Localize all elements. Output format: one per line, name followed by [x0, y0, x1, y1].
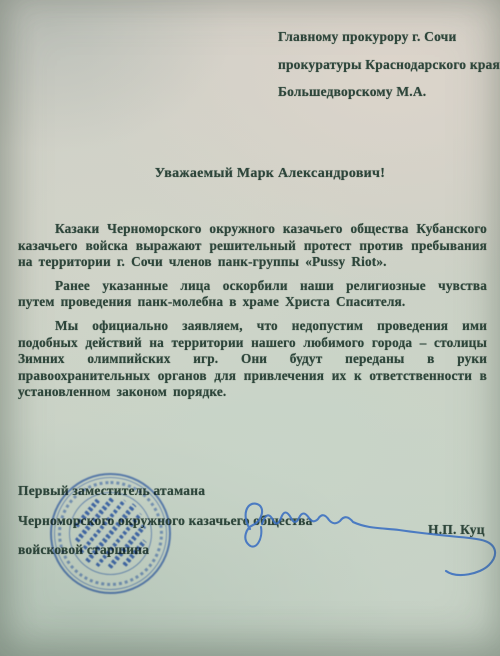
salutation: Уважаемый Марк Александрович!	[0, 166, 500, 182]
paragraph: Ранее указанные лица оскорбили наши рели…	[18, 278, 487, 311]
recipient-block: Главному прокурору г. Сочи прокуратуры К…	[278, 23, 500, 106]
recipient-line: Большедворскому М.А.	[278, 78, 500, 106]
signature-title-line: войсковой старшина	[18, 535, 313, 565]
signature-title-line: Черноморского окружного казачьего общест…	[18, 506, 313, 536]
recipient-line: прокуратуры Краснодарского края	[278, 51, 500, 79]
signature-block: Первый заместитель атамана Черноморского…	[18, 476, 313, 565]
recipient-line: Главному прокурору г. Сочи	[278, 23, 500, 51]
signature-title-line: Первый заместитель атамана	[18, 476, 313, 506]
paragraph: Мы официально заявляем, что недопустим п…	[18, 318, 487, 401]
letter-body: Казаки Черноморского окружного казачьего…	[18, 221, 487, 401]
signer-name: Н.П. Куц	[428, 522, 485, 538]
paragraph: Казаки Черноморского окружного казачьего…	[18, 221, 487, 271]
letter-photo: Главному прокурору г. Сочи прокуратуры К…	[0, 0, 500, 656]
